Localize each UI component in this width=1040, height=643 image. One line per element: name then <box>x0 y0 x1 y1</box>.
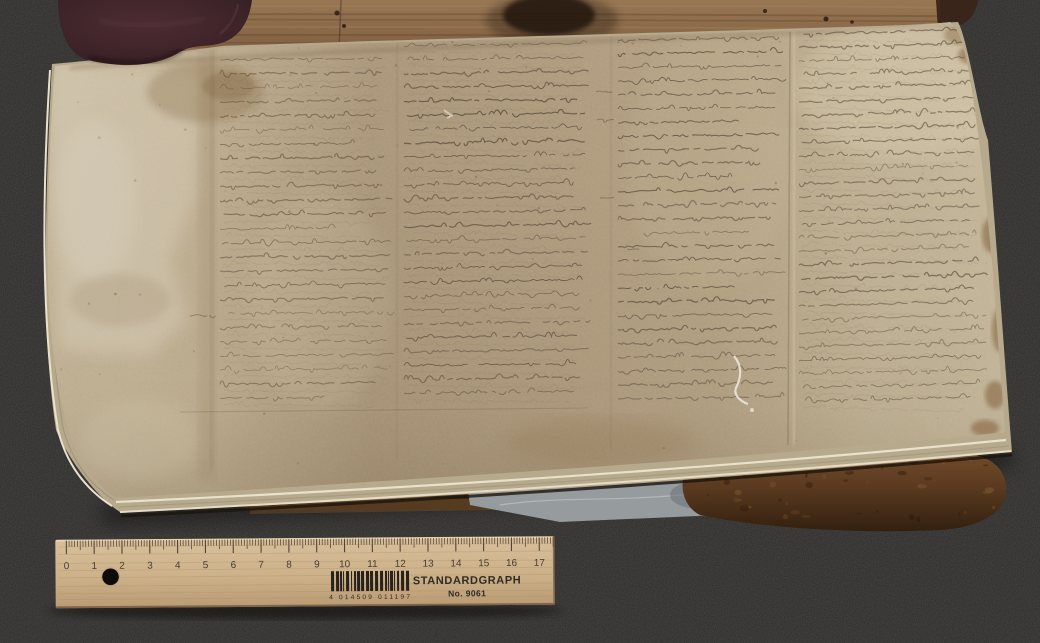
ruler-number-3: 3 <box>147 561 153 572</box>
ruler-number-10: 10 <box>339 559 351 570</box>
ruler-number-15: 15 <box>478 558 490 569</box>
ruler-number-5: 5 <box>203 560 209 571</box>
ruler-number-12: 12 <box>395 559 407 570</box>
ruler-number-2: 2 <box>119 561 125 572</box>
photo-stage: 01234567891011121314151617 4 014509 0111… <box>0 0 1040 643</box>
ruler-number-9: 9 <box>314 559 320 570</box>
ruler-brand-label: STANDARDGRAPH <box>413 574 522 587</box>
ruler-number-16: 16 <box>506 558 518 569</box>
ruler-number-13: 13 <box>423 559 435 570</box>
barcode-digits: 4 014509 011197 <box>329 594 411 602</box>
ruler-number-7: 7 <box>258 560 264 571</box>
ruler-number-11: 11 <box>367 559 378 570</box>
ruler-number-14: 14 <box>450 558 462 569</box>
ruler-number-17: 17 <box>534 558 546 569</box>
ruler-number-1: 1 <box>91 561 97 572</box>
ruler-model-label: No. 9061 <box>448 588 486 598</box>
ruler: 01234567891011121314151617 4 014509 0111… <box>55 536 554 608</box>
ruler-number-6: 6 <box>231 560 237 571</box>
manuscript-photo: 01234567891011121314151617 4 014509 0111… <box>0 0 1040 643</box>
parchment-page <box>40 15 1015 505</box>
ruler-number-8: 8 <box>286 560 292 571</box>
ruler-hanging-hole <box>102 568 119 585</box>
ruler-number-0: 0 <box>64 561 70 572</box>
stain-overlays <box>40 15 1015 505</box>
ruler-number-4: 4 <box>175 560 181 571</box>
